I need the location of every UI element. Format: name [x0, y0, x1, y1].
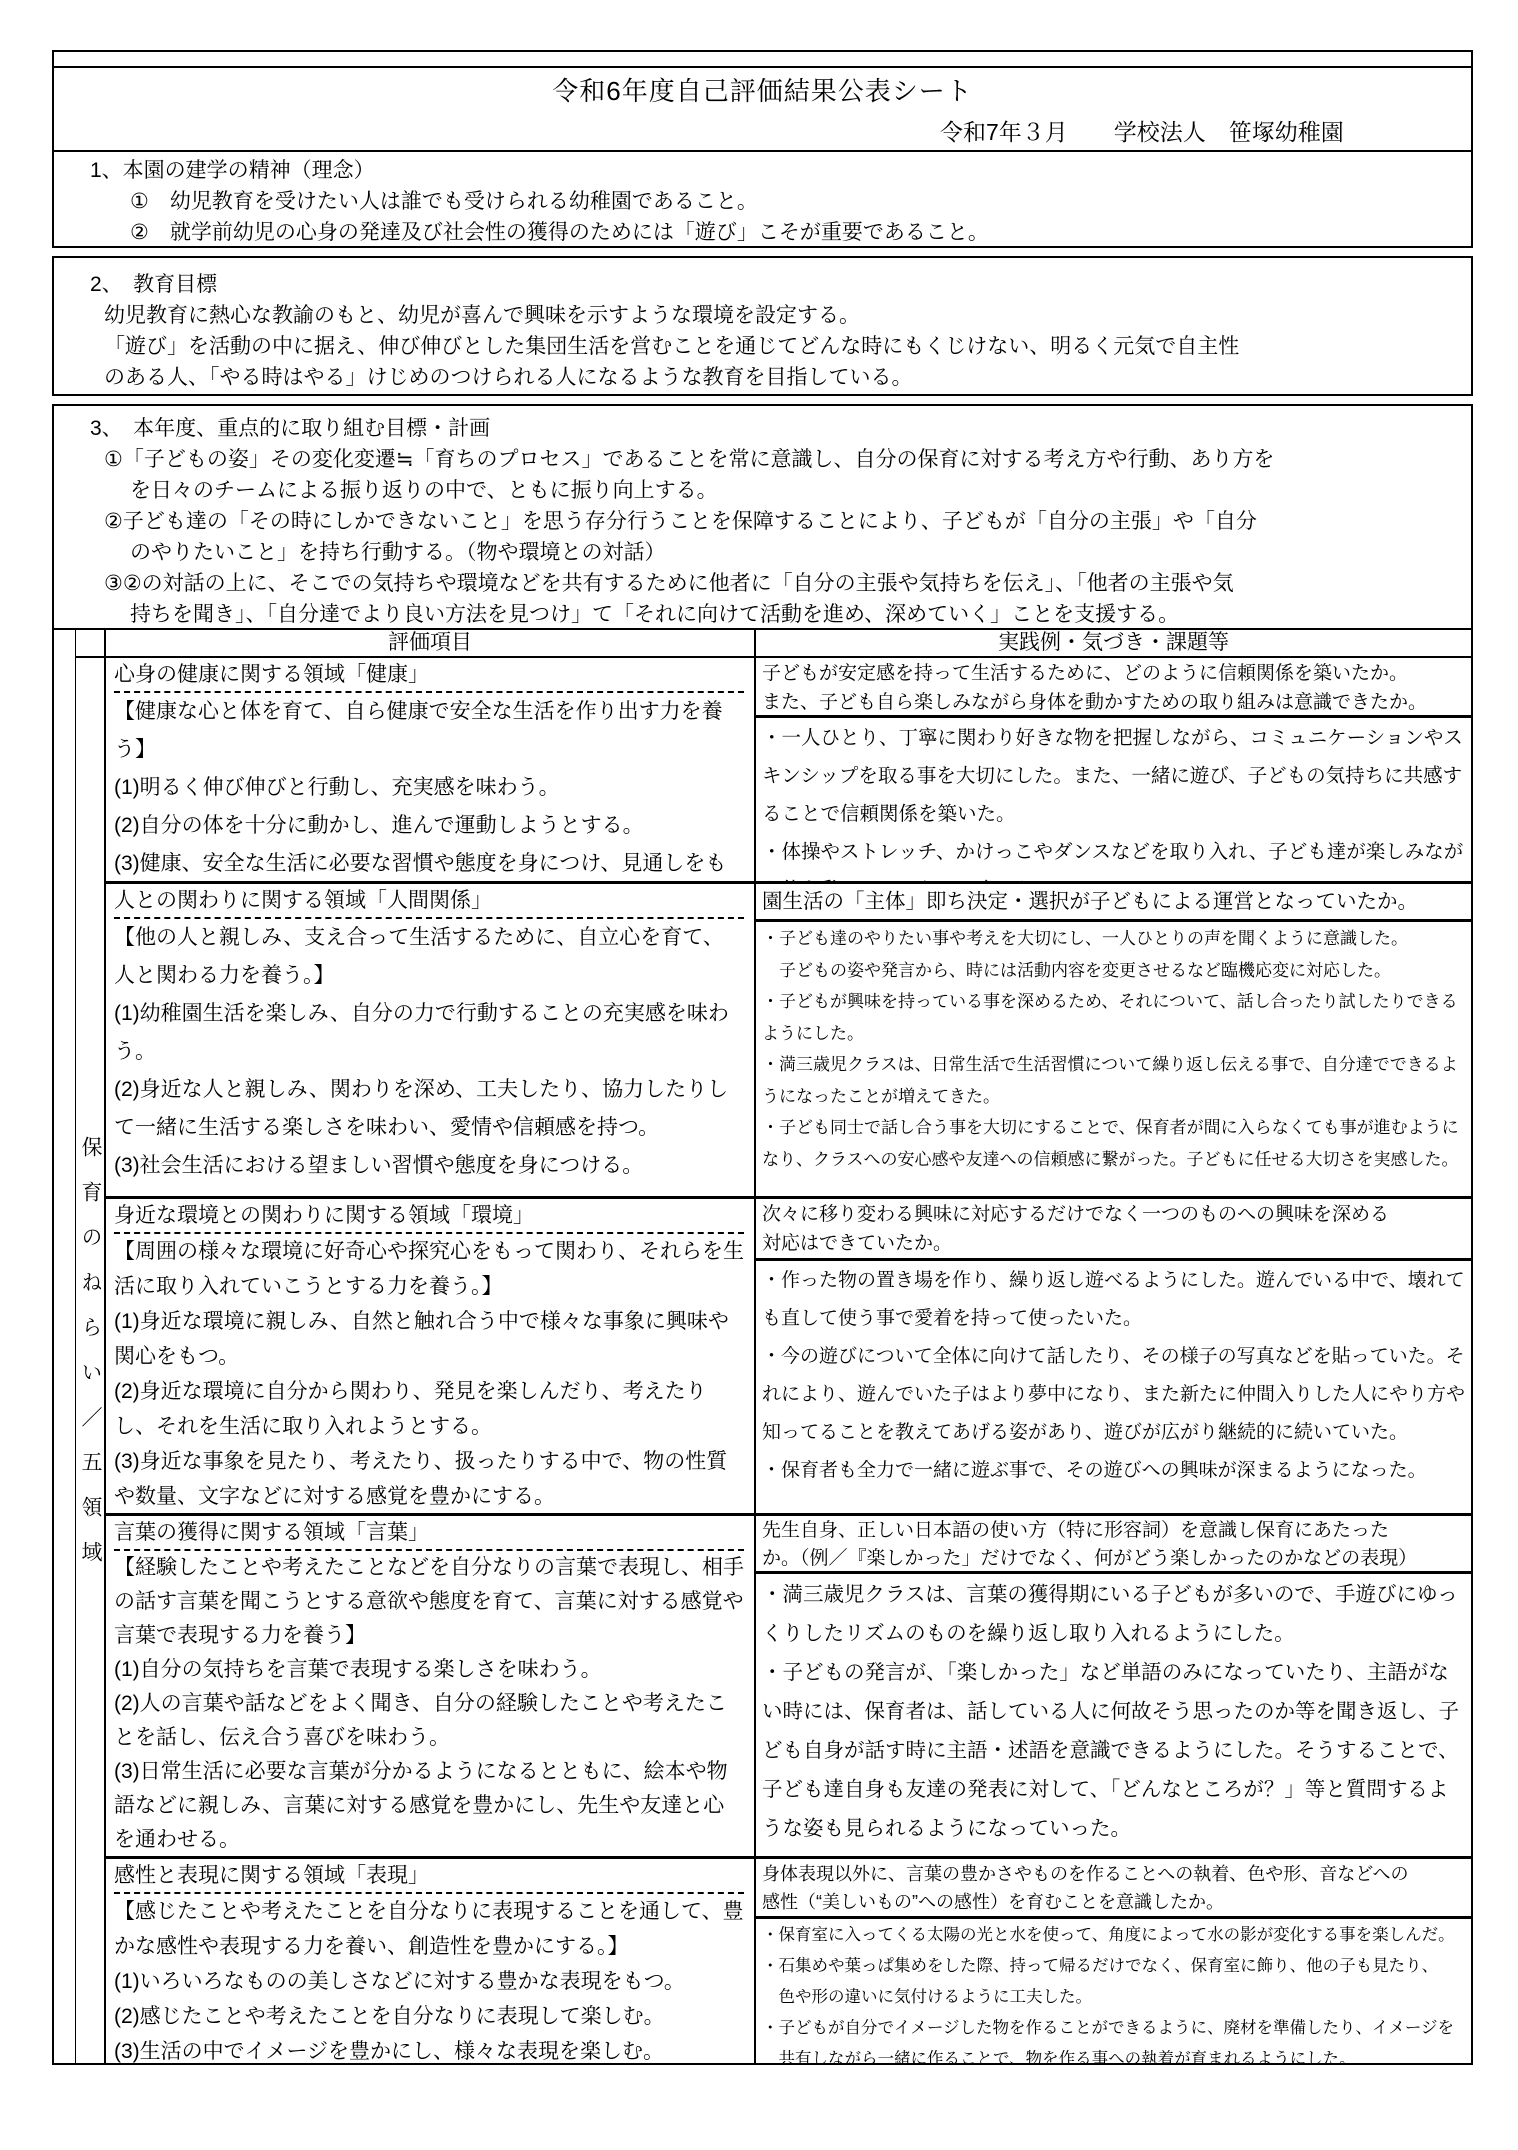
domain-aim: 【周囲の様々な環境に好奇心や探究心をもって関わり、それらを生活に取り入れていこう… [114, 1234, 744, 1304]
evaluation-cell: 心身の健康に関する領域「健康」【健康な心と体を育て、自ら健康で安全な生活を作り出… [106, 658, 756, 881]
aim-item: (2)感じたことや考えたことを自分なりに表現して楽しむ。 [114, 1999, 744, 2034]
side-label-childcare-aims: 保育のねらい／五領域 [76, 658, 106, 2063]
section-line: 「遊び」を活動の中に据え、伸び伸びとした集団生活を営むことを通じてどんな時にもく… [90, 331, 1471, 362]
document-title: 令和6年度自己評価結果公表シート [54, 68, 1471, 106]
aim-item: (2)自分の体を十分に動かし、進んで運動しようとする。 [114, 807, 744, 845]
organization-name: 学校法人 笹塚幼稚園 [1114, 114, 1344, 147]
section-line: ③②の対話の上に、そこでの気持ちや環境などを共有するために他者に「自分の主張や気… [90, 568, 1471, 599]
practice-answer-line: ・体操やストレッチ、かけっこやダンスなどを取り入れ、子ども達が楽しみながら体を動… [762, 833, 1467, 881]
section-line: を日々のチームによる振り返りの中で、ともに振り向上する。 [90, 475, 1471, 506]
practice-answer-line: 共有しながら一緒に作ることで、物を作る事への執着が育まれるようにした。 [762, 2044, 1467, 2063]
evaluation-cell: 人との関わりに関する領域「人間関係」【他の人と親しみ、支え合って生活するために、… [106, 884, 756, 1196]
practice-answer-line: ・作った物の置き場を作り、繰り返し遊べるようにした。遊んでいる中で、壊れても直し… [762, 1262, 1467, 1338]
domain-title: 人との関わりに関する領域「人間関係」 [114, 885, 744, 919]
practice-answers: ・子ども達のやりたい事や考えを大切にし、一人ひとりの声を聞くように意識した。 子… [756, 922, 1471, 1175]
domain-title: 心身の健康に関する領域「健康」 [114, 659, 744, 693]
practice-answers: ・満三歳児クラスは、言葉の獲得期にいる子どもが多いので、手遊びにゆっくりしたリズ… [756, 1574, 1471, 1856]
aim-item: (2)身近な環境に自分から関わり、発見を楽しんだり、考えたりし、それを生活に取り… [114, 1374, 744, 1444]
evaluation-cell: 言葉の獲得に関する領域「言葉」【経験したことや考えたことなどを自分なりの言葉で表… [106, 1516, 756, 1856]
aim-item: (2)人の言葉や話などをよく聞き、自分の経験したことや考えたことを話し、伝え合う… [114, 1687, 744, 1755]
section-line: 幼児教育に熱心な教諭のもと、幼児が喜んで興味を示すような環境を設定する。 [90, 300, 1471, 331]
table-header-strip-cell [76, 630, 106, 656]
aim-item: (1)幼稚園生活を楽しみ、自分の力で行動することの充実感を味わう。 [114, 995, 744, 1071]
column-header-evaluation-items: 評価項目 [106, 630, 756, 656]
document-page: 令和6年度自己評価結果公表シート 令和7年３月 学校法人 笹塚幼稚園 1、本園の… [52, 50, 1473, 2065]
evaluation-table: 評価項目 実践例・気づき・課題等 保育のねらい／五領域 心身の健康に関する領域「… [52, 630, 1473, 2065]
section-education-goals: 2、 教育目標 幼児教育に熱心な教諭のもと、幼児が喜んで興味を示すような環境を設… [52, 256, 1473, 396]
section-lines: ① 幼児教育を受けたい人は誰でも受けられる幼稚園であること。② 就学前幼児の心身… [90, 186, 1471, 248]
column-header-practice-examples: 実践例・気づき・課題等 [756, 630, 1471, 656]
domain-title: 感性と表現に関する領域「表現」 [114, 1860, 744, 1894]
aim-item: (3)日常生活に必要な言葉が分かるようになるとともに、絵本や物語などに親しみ、言… [114, 1755, 744, 1856]
practice-answer-line: 子どもの姿や発言から、時には活動内容を変更させるなど臨機応変に対応した。 [762, 955, 1467, 987]
table-row: 感性と表現に関する領域「表現」【感じたことや考えたことを自分なりに表現することを… [106, 1856, 1471, 2063]
practice-answer-line: 色や形の違いに気付けるように工夫した。 [762, 1982, 1467, 2013]
practice-answer-line: ・子どもの発言が、「楽しかった」など単語のみになっていたり、主語がない時には、保… [762, 1653, 1467, 1848]
section-line: のやりたいこと」を持ち行動する。（物や環境との対話） [90, 537, 1471, 568]
section-founding-spirit: 1、本園の建学の精神（理念） ① 幼児教育を受けたい人は誰でも受けられる幼稚園で… [52, 152, 1473, 248]
aim-item: (1)自分の気持ちを言葉で表現する楽しさを味わう。 [114, 1653, 744, 1687]
self-check-question: 園生活の「主体」即ち決定・選択が子どもによる運営となっていたか。 [756, 884, 1471, 922]
practice-cell: 次々に移り変わる興味に対応するだけでなく一つのものへの興味を深める 対応はできて… [756, 1199, 1471, 1513]
practice-answer-line: ・一人ひとり、丁寧に関わり好きな物を把握しながら、コミュニケーションやスキンシッ… [762, 719, 1467, 833]
top-border-strip [52, 50, 1473, 68]
document-date: 令和7年３月 [940, 114, 1068, 147]
section-line: ②子ども達の「その時にしかできないこと」を思う存分行うことを保障することにより、… [90, 506, 1471, 537]
section-heading: 2、 教育目標 [90, 269, 1471, 300]
aim-item: (1)明るく伸び伸びと行動し、充実感を味わう。 [114, 769, 744, 807]
aim-item: (3)健康、安全な生活に必要な習慣や態度を身につけ、見通しをもって行動する。 [114, 845, 744, 881]
aim-item: (1)いろいろなものの美しさなどに対する豊かな表現をもつ。 [114, 1964, 744, 1999]
section-line: 持ちを聞き」、「自分達でより良い方法を見つけ」て「それに向けて活動を進め、深めて… [90, 599, 1471, 630]
self-check-question: 身体表現以外に、言葉の豊かさやものを作ることへの執着、色や形、音などへの 感性（… [756, 1859, 1471, 1919]
self-check-question: 次々に移り変わる興味に対応するだけでなく一つのものへの興味を深める 対応はできて… [756, 1199, 1471, 1261]
domain-aim: 【他の人と親しみ、支え合って生活するために、自立心を育て、人と関わる力を養う。】 [114, 919, 744, 995]
section-line: ② 就学前幼児の心身の発達及び社会性の獲得のためには「遊び」こそが重要であること… [90, 217, 1471, 248]
practice-answer-line: ・子ども同士で話し合う事を大切にすることで、保育者が間に入らなくても事が進むよう… [762, 1112, 1467, 1175]
section-line: ① 幼児教育を受けたい人は誰でも受けられる幼稚園であること。 [90, 186, 1471, 217]
table-body: 保育のねらい／五領域 心身の健康に関する領域「健康」【健康な心と体を育て、自ら健… [76, 658, 1471, 2063]
table-rows: 心身の健康に関する領域「健康」【健康な心と体を育て、自ら健康で安全な生活を作り出… [106, 658, 1471, 2063]
table-header-row: 評価項目 実践例・気づき・課題等 [76, 630, 1471, 658]
practice-answer-line: ・子ども達のやりたい事や考えを大切にし、一人ひとりの声を聞くように意識した。 [762, 923, 1467, 955]
domain-title: 身近な環境との関わりに関する領域「環境」 [114, 1200, 744, 1234]
practice-cell: 園生活の「主体」即ち決定・選択が子どもによる運営となっていたか。・子ども達のやり… [756, 884, 1471, 1196]
title-subline: 令和7年３月 学校法人 笹塚幼稚園 [54, 114, 1471, 147]
table-row: 身近な環境との関わりに関する領域「環境」【周囲の様々な環境に好奇心や探究心をもっ… [106, 1196, 1471, 1513]
table-row: 言葉の獲得に関する領域「言葉」【経験したことや考えたことなどを自分なりの言葉で表… [106, 1513, 1471, 1856]
domain-aim: 【経験したことや考えたことなどを自分なりの言葉で表現し、相手の話す言葉を聞こうと… [114, 1551, 744, 1653]
aim-item: (3)生活の中でイメージを豊かにし、様々な表現を楽しむ。 [114, 2034, 744, 2063]
practice-cell: 身体表現以外に、言葉の豊かさやものを作ることへの執着、色や形、音などへの 感性（… [756, 1859, 1471, 2063]
aim-item: (2)身近な人と親しみ、関わりを深め、工夫したり、協力したりして一緒に生活する楽… [114, 1071, 744, 1147]
section-line: のある人、「やる時はやる」けじめのつけられる人になるような教育を目指している。 [90, 362, 1471, 393]
practice-answer-line: ・保育者も全力で一緒に遊ぶ事で、その遊びへの興味が深まるようになった。 [762, 1452, 1467, 1490]
practice-answer-line: ・保育者自身が正しい日本語を使うよう心掛けた。 [762, 1848, 1467, 1856]
practice-answers: ・保育室に入ってくる太陽の光と水を使って、角度によって水の影が変化する事を楽しん… [756, 1919, 1471, 2063]
title-block: 令和6年度自己評価結果公表シート 令和7年３月 学校法人 笹塚幼稚園 [52, 68, 1473, 152]
practice-answer-line: ・今の遊びについて全体に向けて話したり、その様子の写真などを貼っていた。それによ… [762, 1338, 1467, 1452]
section-annual-targets: 3、 本年度、重点的に取り組む目標・計画 ①「子どもの姿」その変化変遷≒「育ちの… [52, 404, 1473, 630]
aim-item: (3)社会生活における望ましい習慣や態度を身につける。 [114, 1147, 744, 1185]
aim-item: (3)身近な事象を見たり、考えたり、扱ったりする中で、物の性質や数量、文字などに… [114, 1444, 744, 1513]
self-check-question: 先生自身、正しい日本語の使い方（特に形容詞）を意識し保育にあたった か。（例／『… [756, 1516, 1471, 1574]
domain-aim: 【健康な心と体を育て、自ら健康で安全な生活を作り出す力を養う】 [114, 693, 744, 769]
table-row: 人との関わりに関する領域「人間関係」【他の人と親しみ、支え合って生活するために、… [106, 881, 1471, 1196]
section-heading: 3、 本年度、重点的に取り組む目標・計画 [90, 413, 1471, 444]
practice-answer-line: ・保育室に入ってくる太陽の光と水を使って、角度によって水の影が変化する事を楽しん… [762, 1920, 1467, 1951]
practice-answers: ・作った物の置き場を作り、繰り返し遊べるようにした。遊んでいる中で、壊れても直し… [756, 1261, 1471, 1490]
practice-cell: 先生自身、正しい日本語の使い方（特に形容詞）を意識し保育にあたった か。（例／『… [756, 1516, 1471, 1856]
table-gutter-column [54, 630, 76, 2063]
practice-answers: ・一人ひとり、丁寧に関わり好きな物を把握しながら、コミュニケーションやスキンシッ… [756, 718, 1471, 881]
domain-title: 言葉の獲得に関する領域「言葉」 [114, 1517, 744, 1551]
domain-aim: 【感じたことや考えたことを自分なりに表現することを通して、豊かな感性や表現する力… [114, 1894, 744, 1964]
aim-item: (1)身近な環境に親しみ、自然と触れ合う中で様々な事象に興味や関心をもつ。 [114, 1304, 744, 1374]
section-line: ①「子どもの姿」その変化変遷≒「育ちのプロセス」であることを常に意識し、自分の保… [90, 444, 1471, 475]
practice-answer-line: ・満三歳児クラスは、言葉の獲得期にいる子どもが多いので、手遊びにゆっくりしたリズ… [762, 1575, 1467, 1653]
practice-answer-line: ・子どもが自分でイメージした物を作ることができるように、廃材を準備したり、イメー… [762, 2013, 1467, 2044]
self-check-question: 子どもが安定感を持って生活するために、どのように信頼関係を築いたか。 また、子ど… [756, 658, 1471, 718]
table-row: 心身の健康に関する領域「健康」【健康な心と体を育て、自ら健康で安全な生活を作り出… [106, 658, 1471, 881]
evaluation-cell: 感性と表現に関する領域「表現」【感じたことや考えたことを自分なりに表現することを… [106, 1859, 756, 2063]
practice-answer-line: ・子どもが興味を持っている事を深めるため、それについて、話し合ったり試したりでき… [762, 986, 1467, 1049]
practice-answer-line: ・石集めや葉っぱ集めをした際、持って帰るだけでなく、保育室に飾り、他の子も見たり… [762, 1951, 1467, 1982]
practice-cell: 子どもが安定感を持って生活するために、どのように信頼関係を築いたか。 また、子ど… [756, 658, 1471, 881]
table-main: 評価項目 実践例・気づき・課題等 保育のねらい／五領域 心身の健康に関する領域「… [76, 630, 1471, 2063]
practice-answer-line: ・満三歳児クラスは、日常生活で生活習慣について繰り返し伝える事で、自分達でできる… [762, 1049, 1467, 1112]
section-heading: 1、本園の建学の精神（理念） [90, 155, 1471, 186]
section-lines: 幼児教育に熱心な教諭のもと、幼児が喜んで興味を示すような環境を設定する。「遊び」… [90, 300, 1471, 393]
evaluation-cell: 身近な環境との関わりに関する領域「環境」【周囲の様々な環境に好奇心や探究心をもっ… [106, 1199, 756, 1513]
section-lines: ①「子どもの姿」その変化変遷≒「育ちのプロセス」であることを常に意識し、自分の保… [90, 444, 1471, 630]
